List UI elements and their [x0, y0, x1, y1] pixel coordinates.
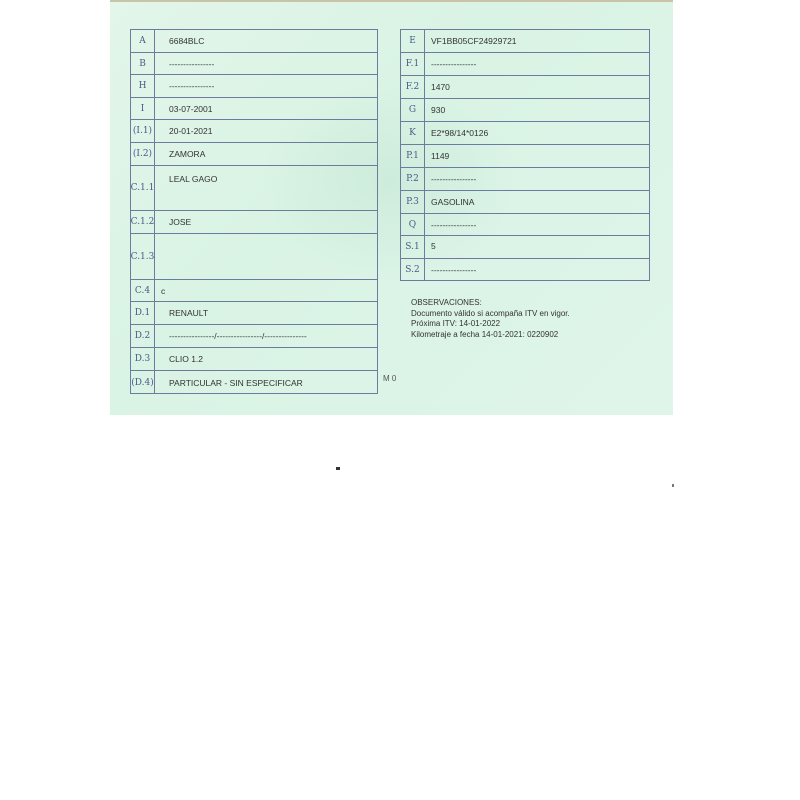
field-value-first-registration-date: 03-07-2001 — [169, 98, 377, 119]
field-value-model: CLIO 1.2 — [169, 348, 377, 370]
observations-block: OBSERVACIONES: Documento válido si acomp… — [411, 298, 570, 340]
field-key: (I.2) — [131, 143, 155, 165]
field-key: (D.4) — [131, 371, 155, 394]
field-key: D.2 — [131, 325, 155, 347]
field-row-a: A 6684BLC — [131, 30, 377, 53]
field-row-f1: F.1 ---------------- — [401, 53, 649, 76]
field-value-usage: PARTICULAR - SIN ESPECIFICAR — [169, 371, 377, 394]
field-key: P.3 — [401, 191, 425, 213]
field-value: ---------------- — [431, 214, 649, 235]
scan-speck — [336, 467, 340, 470]
field-row-c12: C.1.2 JOSE — [131, 211, 377, 234]
field-row-d2: D.2 ----------------/----------------/--… — [131, 325, 377, 348]
field-key: S.1 — [401, 236, 425, 258]
field-value: ---------------- — [169, 75, 377, 97]
field-row-k: K E2*98/14*0126 — [401, 122, 649, 145]
field-row-f2: F.2 1470 — [401, 76, 649, 99]
field-key: (I.1) — [131, 120, 155, 142]
field-value-type-approval: E2*98/14*0126 — [431, 122, 649, 144]
field-value-type: ----------------/----------------/------… — [169, 325, 377, 347]
field-row-h: H ---------------- — [131, 75, 377, 98]
field-row-i: I 03-07-2001 — [131, 98, 377, 120]
field-key: C.1.1 — [131, 166, 155, 210]
field-row-s1: S.1 5 — [401, 236, 649, 259]
field-key: P.2 — [401, 168, 425, 190]
field-key: F.2 — [401, 76, 425, 98]
side-mark: M 0 — [383, 374, 396, 383]
field-key: P.1 — [401, 145, 425, 167]
field-value — [169, 234, 377, 279]
field-row-g: G 930 — [401, 99, 649, 122]
field-key: G — [401, 99, 425, 121]
field-value-surname: LEAL GAGO — [169, 166, 377, 210]
field-row-p3: P.3 GASOLINA — [401, 191, 649, 214]
field-value-max-mass: 1470 — [431, 76, 649, 98]
field-key: C.1.3 — [131, 234, 155, 279]
field-row-p1: P.1 1149 — [401, 145, 649, 168]
field-row-d1: D.1 RENAULT — [131, 302, 377, 325]
field-row-q: Q ---------------- — [401, 214, 649, 236]
field-value-mass: 930 — [431, 99, 649, 121]
field-key: C.4 — [131, 280, 155, 301]
field-key: S.2 — [401, 259, 425, 281]
field-key: Q — [401, 214, 425, 235]
field-value-plate: 6684BLC — [169, 30, 377, 52]
field-value-city: ZAMORA — [169, 143, 377, 165]
field-key: C.1.2 — [131, 211, 155, 233]
field-key: K — [401, 122, 425, 144]
field-value: c — [161, 280, 377, 301]
field-row-b: B ---------------- — [131, 53, 377, 75]
field-value: ---------------- — [431, 259, 649, 281]
right-fields-table: E VF1BB05CF24929721 F.1 ----------------… — [400, 29, 650, 281]
field-value-make: RENAULT — [169, 302, 377, 324]
field-row-c13: C.1.3 — [131, 234, 377, 280]
field-row-p2: P.2 ---------------- — [401, 168, 649, 191]
field-value-issue-date: 20-01-2021 — [169, 120, 377, 142]
field-row-c4: C.4 c — [131, 280, 377, 302]
field-key: F.1 — [401, 53, 425, 75]
field-key: D.3 — [131, 348, 155, 370]
observations-line: Próxima ITV: 14-01-2022 — [411, 319, 570, 330]
field-row-e: E VF1BB05CF24929721 — [401, 30, 649, 53]
field-key: A — [131, 30, 155, 52]
observations-title: OBSERVACIONES: — [411, 298, 570, 309]
field-value: ---------------- — [431, 53, 649, 75]
field-row-i1: (I.1) 20-01-2021 — [131, 120, 377, 143]
field-value-first-name: JOSE — [169, 211, 377, 233]
field-value: ---------------- — [431, 168, 649, 190]
vehicle-registration-document: A 6684BLC B ---------------- H ---------… — [110, 0, 673, 415]
field-value-fuel: GASOLINA — [431, 191, 649, 213]
field-key: I — [131, 98, 155, 119]
field-key: H — [131, 75, 155, 97]
left-fields-table: A 6684BLC B ---------------- H ---------… — [130, 29, 378, 394]
field-key: D.1 — [131, 302, 155, 324]
field-row-s2: S.2 ---------------- — [401, 259, 649, 281]
observations-line: Kilometraje a fecha 14-01-2021: 0220902 — [411, 330, 570, 341]
field-row-i2: (I.2) ZAMORA — [131, 143, 377, 166]
field-row-c11: C.1.1 LEAL GAGO — [131, 166, 377, 211]
field-value-seats: 5 — [431, 236, 649, 258]
field-row-d4: (D.4) PARTICULAR - SIN ESPECIFICAR — [131, 371, 377, 394]
scan-speck — [672, 484, 674, 487]
observations-line: Documento válido si acompaña ITV en vigo… — [411, 309, 570, 320]
field-row-d3: D.3 CLIO 1.2 — [131, 348, 377, 371]
field-value-vin: VF1BB05CF24929721 — [431, 30, 649, 52]
field-value: ---------------- — [169, 53, 377, 74]
field-key: E — [401, 30, 425, 52]
field-value-displacement: 1149 — [431, 145, 649, 167]
field-key: B — [131, 53, 155, 74]
